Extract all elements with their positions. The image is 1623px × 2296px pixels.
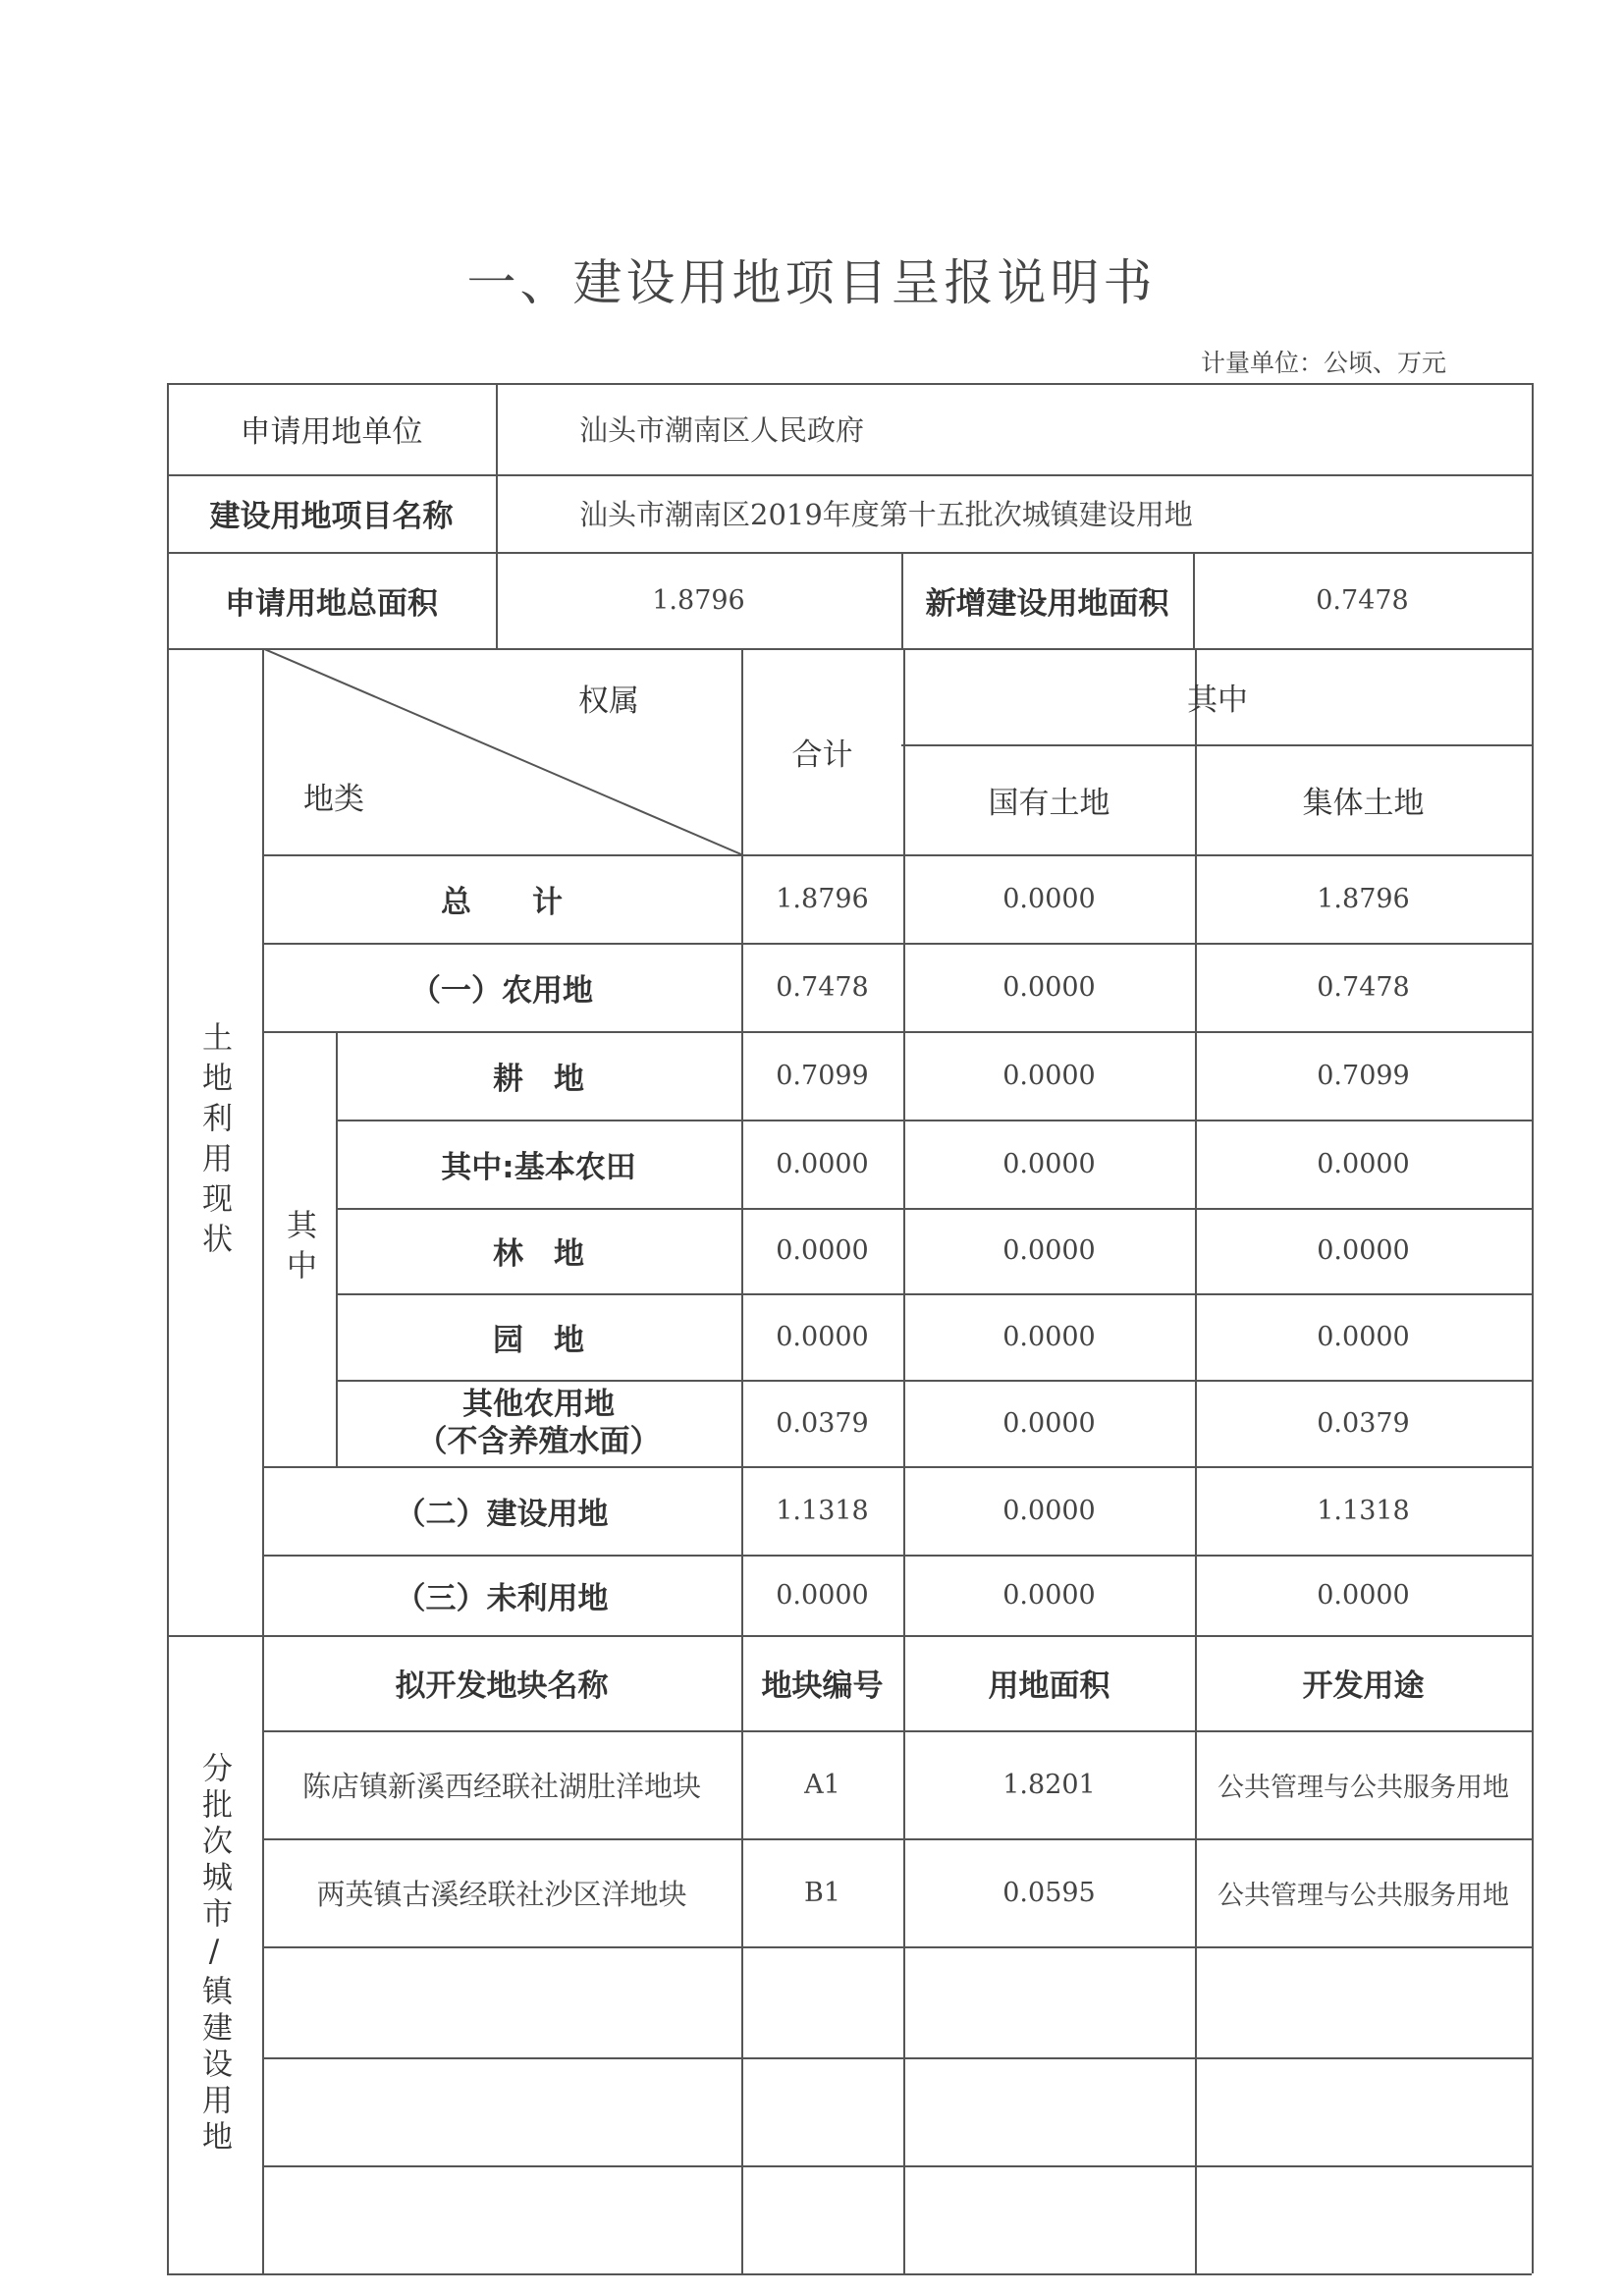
applicant-label: 申请用地单位 [167,383,496,474]
parcel-area: 0.0595 [903,1838,1195,1946]
row-total: 0.0000 [741,1120,903,1208]
grid-line [262,2057,1532,2059]
unit-note: 计量单位：公顷、万元 [1201,344,1446,379]
grid-line [262,2165,1532,2167]
col-header-development-use: 开发用途 [1195,1635,1532,1730]
col-header-group: 其中 [903,648,1532,744]
row-collective: 0.0000 [1195,1208,1532,1293]
project-name-value: 汕头市潮南区2019年度第十五批次城镇建设用地 [579,474,1532,552]
parcel-code: B1 [741,1838,903,1946]
col-header-parcel-name: 拟开发地块名称 [262,1635,741,1730]
new-area-value: 0.7478 [1193,552,1532,648]
new-area-label: 新增建设用地面积 [901,552,1193,648]
grid-line [1532,383,1534,2273]
grid-line [167,2273,1532,2275]
row-label-line2: （不含养殖水面） [417,1423,661,1460]
document-title: 一、建设用地项目呈报说明书 [0,244,1623,314]
row-total: 1.1318 [741,1466,903,1555]
row-label-total: 总 计 [262,854,741,943]
row-label-basic-farmland: 其中:基本农田 [336,1120,741,1208]
parcel-code: A1 [741,1730,903,1838]
row-collective: 1.8796 [1195,854,1532,943]
row-state: 0.0000 [903,943,1195,1031]
row-collective: 0.0000 [1195,1555,1532,1635]
row-collective: 0.0000 [1195,1120,1532,1208]
row-state: 0.0000 [903,1120,1195,1208]
row-collective: 0.7478 [1195,943,1532,1031]
row-label-cultivated: 耕 地 [336,1031,741,1120]
total-area-label: 申请用地总面积 [167,552,496,648]
row-collective: 0.0000 [1195,1293,1532,1380]
land-use-section-label: 土地利用现状 [167,648,262,1635]
row-total: 0.0000 [741,1208,903,1293]
diag-header-land-type: 地类 [285,766,383,825]
row-label-other-agricultural: 其他农用地 （不含养殖水面） [336,1380,741,1466]
parcel-area: 1.8201 [903,1730,1195,1838]
row-state: 0.0000 [903,1466,1195,1555]
row-label-agricultural: （一）农用地 [262,943,741,1031]
col-header-collective-land: 集体土地 [1195,744,1532,854]
applicant-value: 汕头市潮南区人民政府 [579,383,1532,474]
row-collective: 0.0379 [1195,1380,1532,1466]
parcel-name: 陈店镇新溪西经联社湖肚洋地块 [262,1730,741,1838]
row-total: 0.7478 [741,943,903,1031]
grid-line [262,1946,1532,1948]
row-state: 0.0000 [903,1208,1195,1293]
project-name-label: 建设用地项目名称 [167,474,496,552]
row-label-forest: 林 地 [336,1208,741,1293]
batch-section-label: 分批次城市/镇建设用地 [167,1635,262,2273]
row-state: 0.0000 [903,1380,1195,1466]
row-state: 0.0000 [903,1293,1195,1380]
sub-group-label: 其中 [262,1031,336,1466]
row-state: 0.0000 [903,1031,1195,1120]
row-total: 0.0000 [741,1293,903,1380]
row-collective: 1.1318 [1195,1466,1532,1555]
row-total: 0.0379 [741,1380,903,1466]
row-label-line1: 其他农用地 [462,1386,615,1423]
diag-header-ownership: 权属 [550,668,668,727]
col-header-state-land: 国有土地 [903,744,1195,854]
row-total: 0.7099 [741,1031,903,1120]
col-header-parcel-area: 用地面积 [903,1635,1195,1730]
parcel-name: 两英镇古溪经联社沙区洋地块 [262,1838,741,1946]
row-total: 0.0000 [741,1555,903,1635]
parcel-use: 公共管理与公共服务用地 [1195,1730,1532,1838]
row-state: 0.0000 [903,854,1195,943]
row-label-garden: 园 地 [336,1293,741,1380]
col-header-total: 合计 [741,648,903,854]
row-label-unused: （三）未利用地 [262,1555,741,1635]
row-collective: 0.7099 [1195,1031,1532,1120]
row-state: 0.0000 [903,1555,1195,1635]
row-label-construction: （二）建设用地 [262,1466,741,1555]
parcel-use: 公共管理与公共服务用地 [1195,1838,1532,1946]
col-header-parcel-code: 地块编号 [741,1635,903,1730]
total-area-value: 1.8796 [496,552,901,648]
row-total: 1.8796 [741,854,903,943]
